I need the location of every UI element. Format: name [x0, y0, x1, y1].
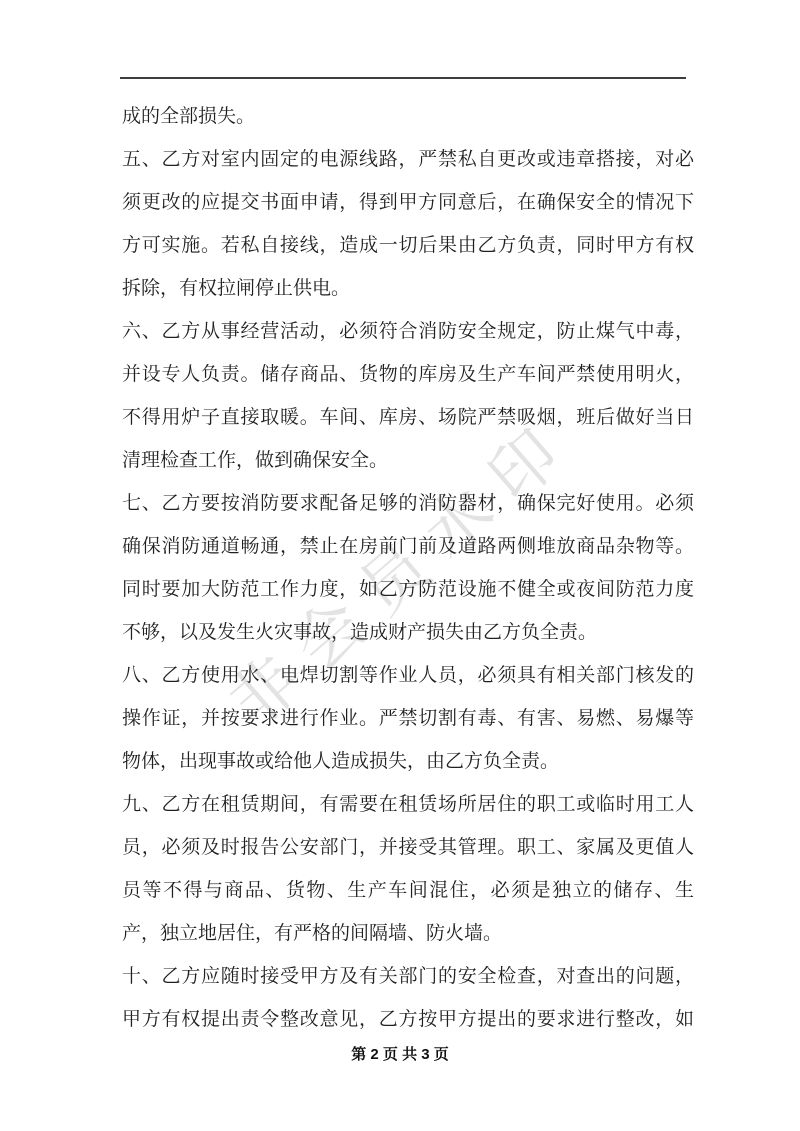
text-line: 八、乙方使用水、电焊切割等作业人员，必须具有相关部门核发的: [122, 654, 694, 697]
document-page: 非会员水印 成的全部损失。五、乙方对室内固定的电源线路，严禁私自更改或违章搭接，…: [0, 0, 800, 1131]
text-line: 拆除，有权拉闸停止供电。: [122, 267, 694, 310]
text-line: 七、乙方要按消防要求配备足够的消防器材，确保完好使用。必须: [122, 482, 694, 525]
text-line: 同时要加大防范工作力度，如乙方防范设施不健全或夜间防范力度: [122, 568, 694, 611]
text-line: 并设专人负责。储存商品、货物的库房及生产车间严禁使用明火，: [122, 353, 694, 396]
text-line: 物体，出现事故或给他人造成损失，由乙方负全责。: [122, 740, 694, 783]
page-header-rule: [120, 77, 686, 79]
text-line: 五、乙方对室内固定的电源线路，严禁私自更改或违章搭接，对必: [122, 138, 694, 181]
document-body: 成的全部损失。五、乙方对室内固定的电源线路，严禁私自更改或违章搭接，对必须更改的…: [122, 95, 694, 1041]
text-line: 确保消防通道畅通，禁止在房前门前及道路两侧堆放商品杂物等。: [122, 525, 694, 568]
text-line: 不得用炉子直接取暖。车间、库房、场院严禁吸烟，班后做好当日: [122, 396, 694, 439]
text-line: 不够，以及发生火灾事故，造成财产损失由乙方负全责。: [122, 611, 694, 654]
text-line: 员等不得与商品、货物、生产车间混住，必须是独立的储存、生: [122, 869, 694, 912]
text-line: 须更改的应提交书面申请，得到甲方同意后，在确保安全的情况下: [122, 181, 694, 224]
page-footer: 第 2 页 共 3 页: [0, 1043, 800, 1064]
text-line: 成的全部损失。: [122, 95, 694, 138]
text-line: 操作证，并按要求进行作业。严禁切割有毒、有害、易燃、易爆等: [122, 697, 694, 740]
text-line: 清理检查工作，做到确保安全。: [122, 439, 694, 482]
text-line: 九、乙方在租赁期间，有需要在租赁场所居住的职工或临时用工人: [122, 783, 694, 826]
text-line: 方可实施。若私自接线，造成一切后果由乙方负责，同时甲方有权: [122, 224, 694, 267]
text-line: 十、乙方应随时接受甲方及有关部门的安全检查，对查出的问题，: [122, 955, 694, 998]
text-line: 产，独立地居住，有严格的间隔墙、防火墙。: [122, 912, 694, 955]
text-line: 甲方有权提出责令整改意见，乙方按甲方提出的要求进行整改，如: [122, 998, 694, 1041]
text-line: 六、乙方从事经营活动，必须符合消防安全规定，防止煤气中毒，: [122, 310, 694, 353]
text-line: 员，必须及时报告公安部门，并接受其管理。职工、家属及更值人: [122, 826, 694, 869]
